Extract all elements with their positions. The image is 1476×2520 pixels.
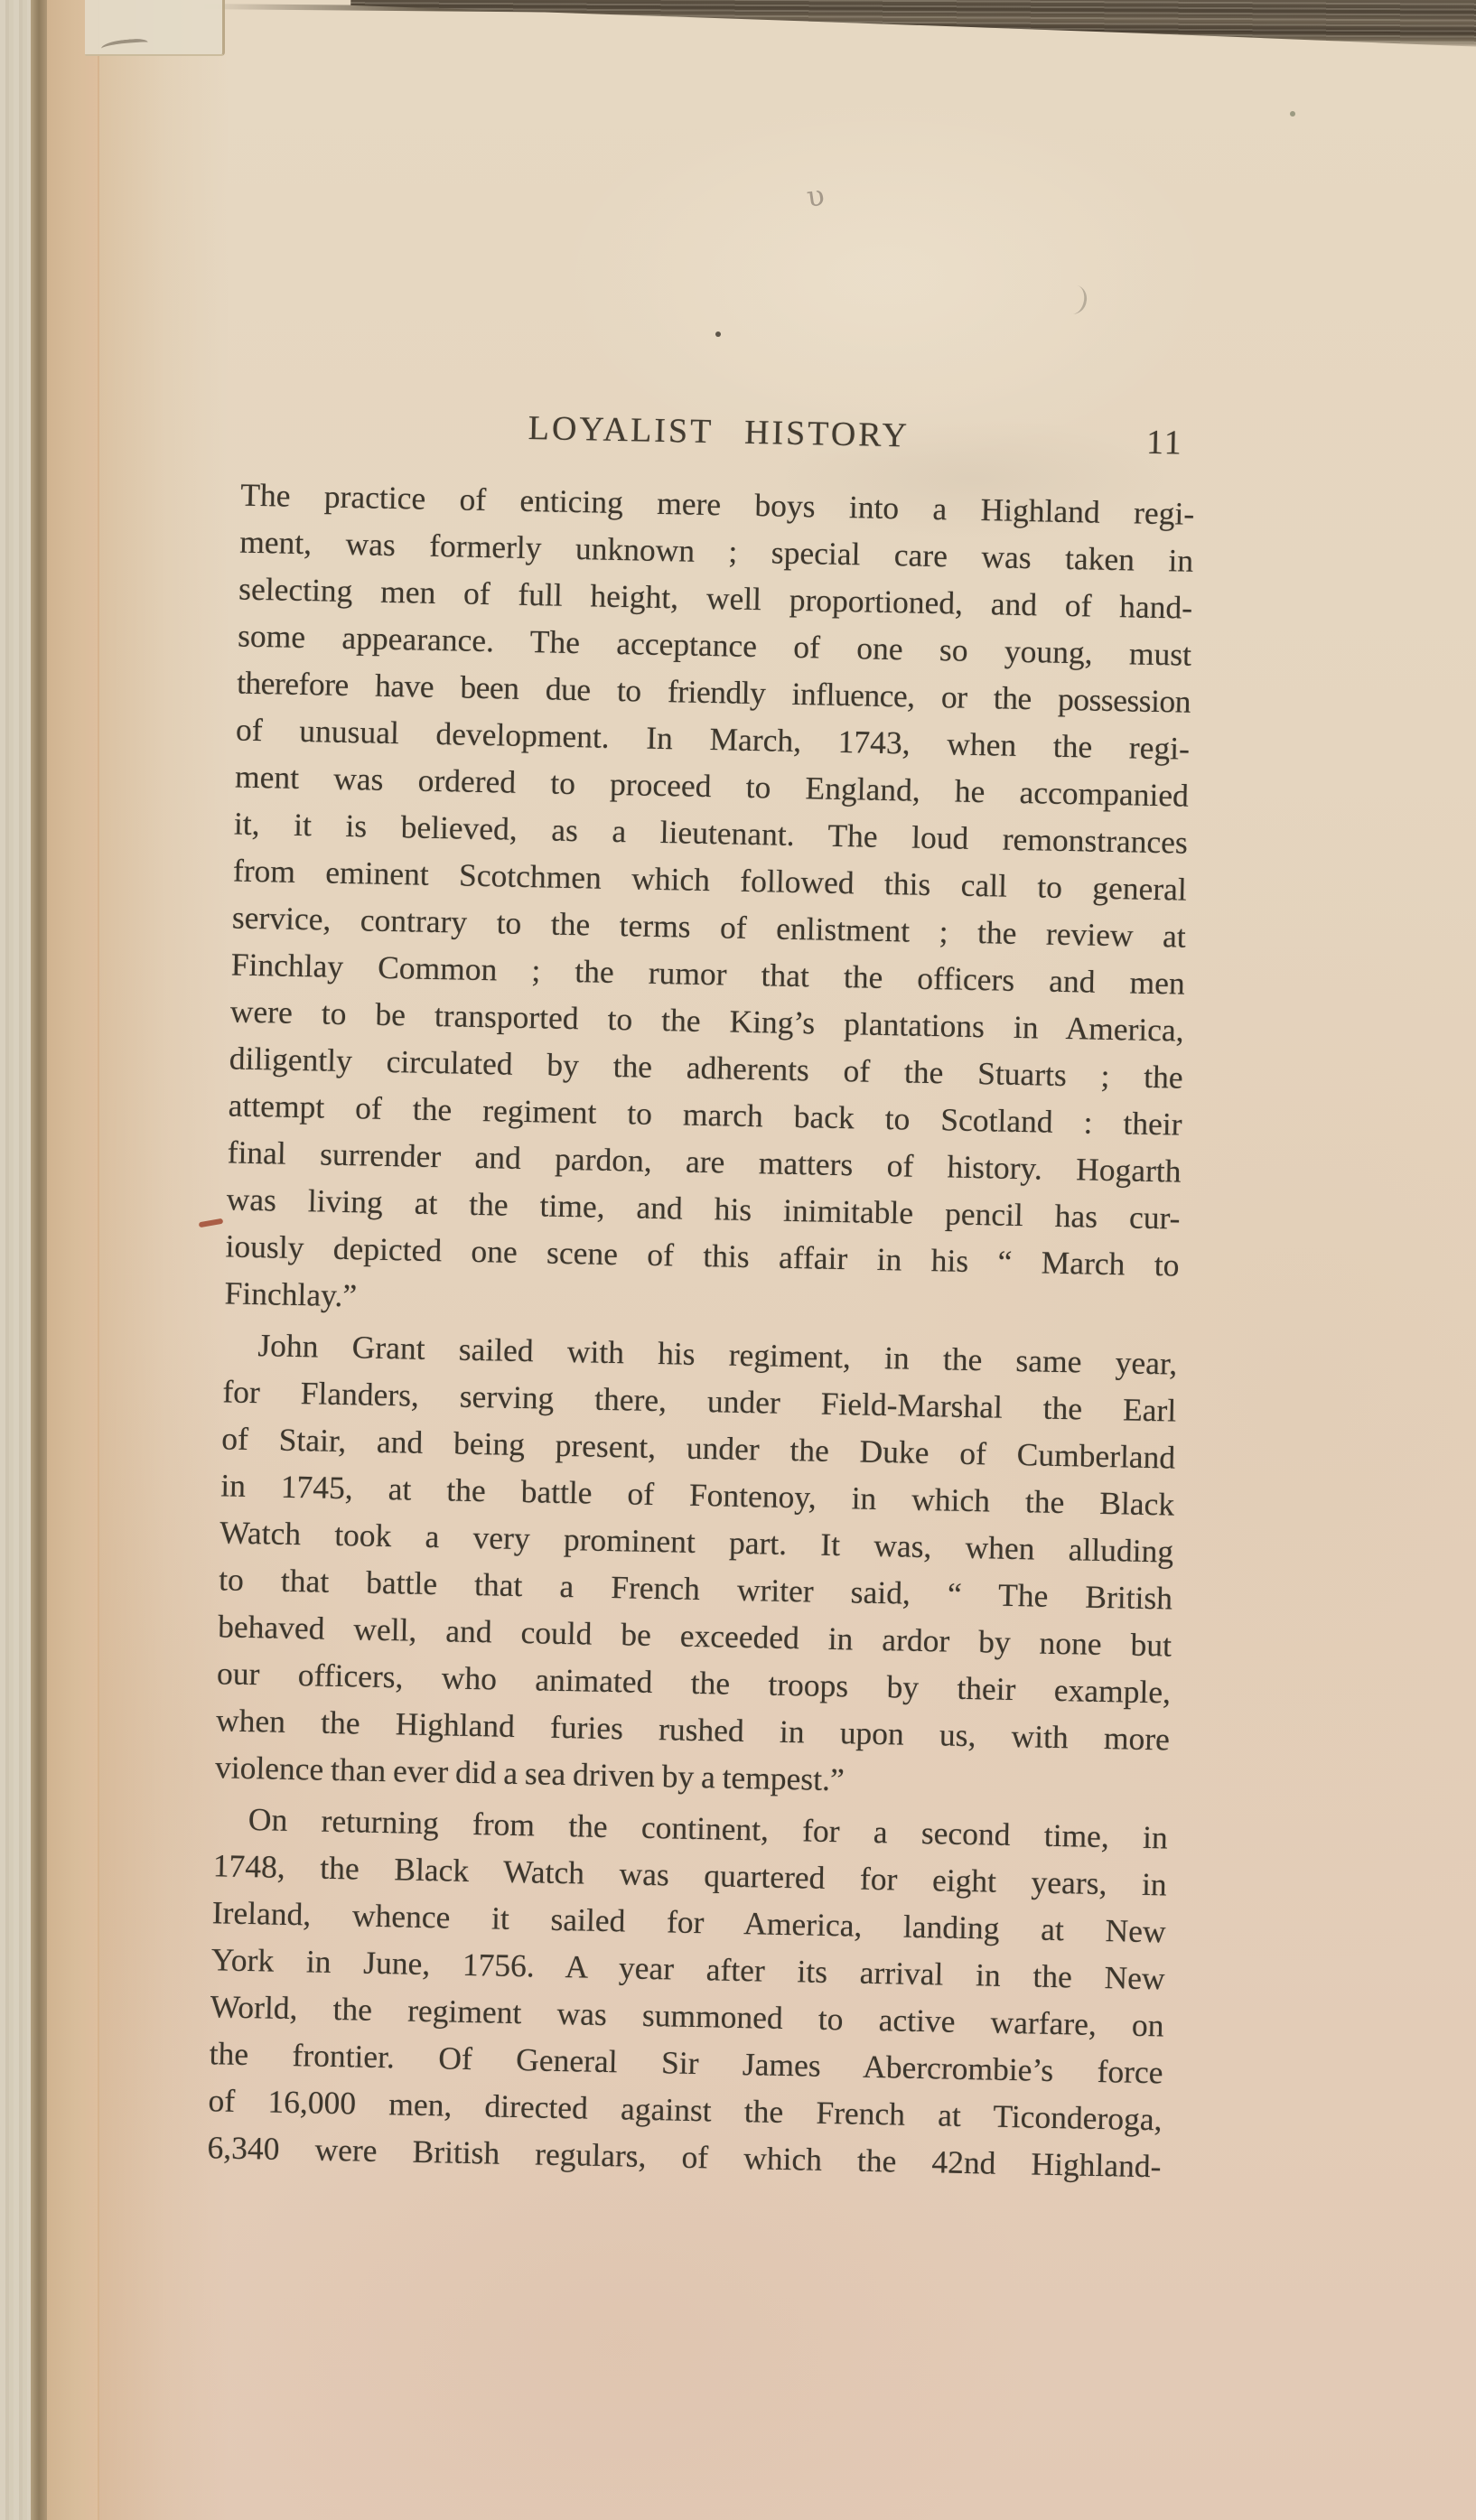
binding-edge [0,0,33,2520]
paragraph-1: The practice of enticing mere boys into … [224,471,1195,1336]
paragraph-3: On returning from the continent, for a s… [207,1795,1168,2189]
page-content: LOYALIST HISTORY 11 The practice of enti… [207,403,1196,2190]
top-pages-edge-band [350,0,1476,49]
page-number: 11 [1146,423,1183,463]
running-header: LOYALIST HISTORY 11 [241,403,1196,469]
page-body-text: The practice of enticing mere boys into … [207,471,1195,2190]
paragraph-2: John Grant sailed with his regiment, in … [215,1321,1178,1809]
page-header-title: LOYALIST HISTORY [242,403,1197,462]
binding-edge-line [31,0,49,2520]
curve-smudge-mark [1063,284,1088,316]
book-page-scan: υ LOYALIST HISTORY 11 The practice of en… [0,0,1476,2520]
page-edge-strip [47,0,99,2520]
ink-speck [1290,111,1295,117]
ink-speck [715,331,721,337]
pencil-squiggle-mark: υ [804,178,827,214]
